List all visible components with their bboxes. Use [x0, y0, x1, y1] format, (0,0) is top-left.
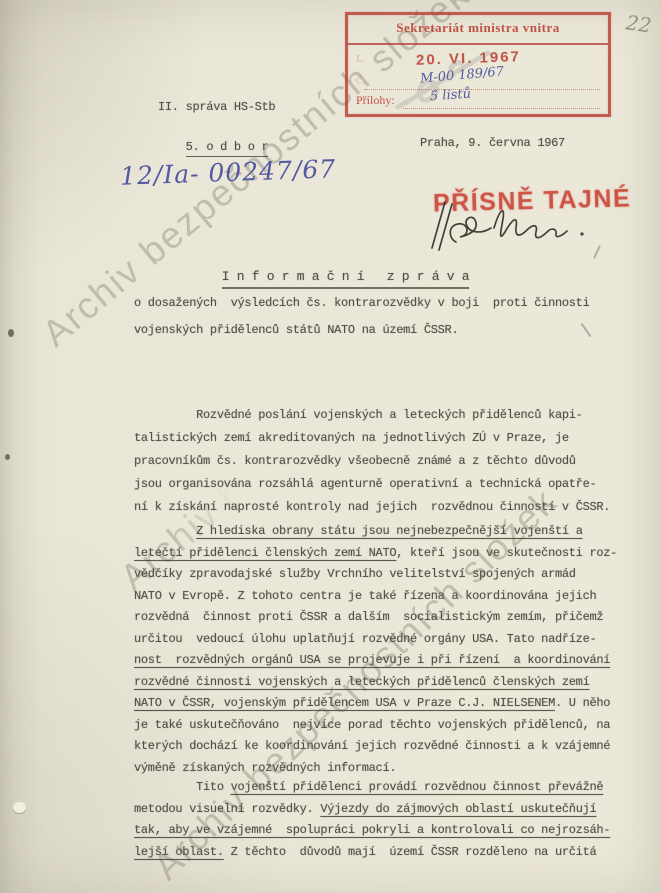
place-date: Praha, 9. června 1967: [420, 136, 565, 150]
document-title: I n f o r m a č n í z p r á v a: [222, 269, 470, 289]
signature-period-dot: [580, 232, 583, 235]
document-subtitle: o dosažených výsledcích čs. kontrarozvěd…: [134, 290, 589, 344]
paper-speck-3: [13, 802, 26, 813]
paper-speck-2: [5, 454, 10, 460]
intake-stamp: Sekretariát ministra vnitra L. Č. 20. VI…: [345, 12, 611, 117]
paragraph-2: Z hlediska obrany státu jsou nejnebezpeč…: [134, 521, 617, 779]
paper-speck-1: [8, 329, 14, 337]
paragraph-3: Tito vojenští přidělenci provádí rozvědn…: [134, 777, 610, 863]
intake-stamp-row1-label: L.: [356, 53, 365, 65]
faint-signature-scribble: [368, 45, 508, 115]
file-number-handwritten: 12/Ia- 00247/67: [120, 154, 337, 191]
intake-stamp-row2-label: Č.: [356, 75, 366, 87]
signature-scribble: [412, 196, 592, 256]
corner-page-number: 22: [624, 10, 653, 37]
org-unit-line1: II. správa HS-Stb: [158, 100, 275, 114]
org-unit-line2: 5. o d b o r: [186, 140, 269, 157]
paragraph-1: Rozvědné poslání vojenských a leteckých …: [134, 404, 610, 519]
scanned-document-page: Archiv bezpečnostních složek Archiv bezp…: [0, 0, 661, 893]
intake-stamp-title: Sekretariát ministra vnitra: [348, 20, 608, 36]
